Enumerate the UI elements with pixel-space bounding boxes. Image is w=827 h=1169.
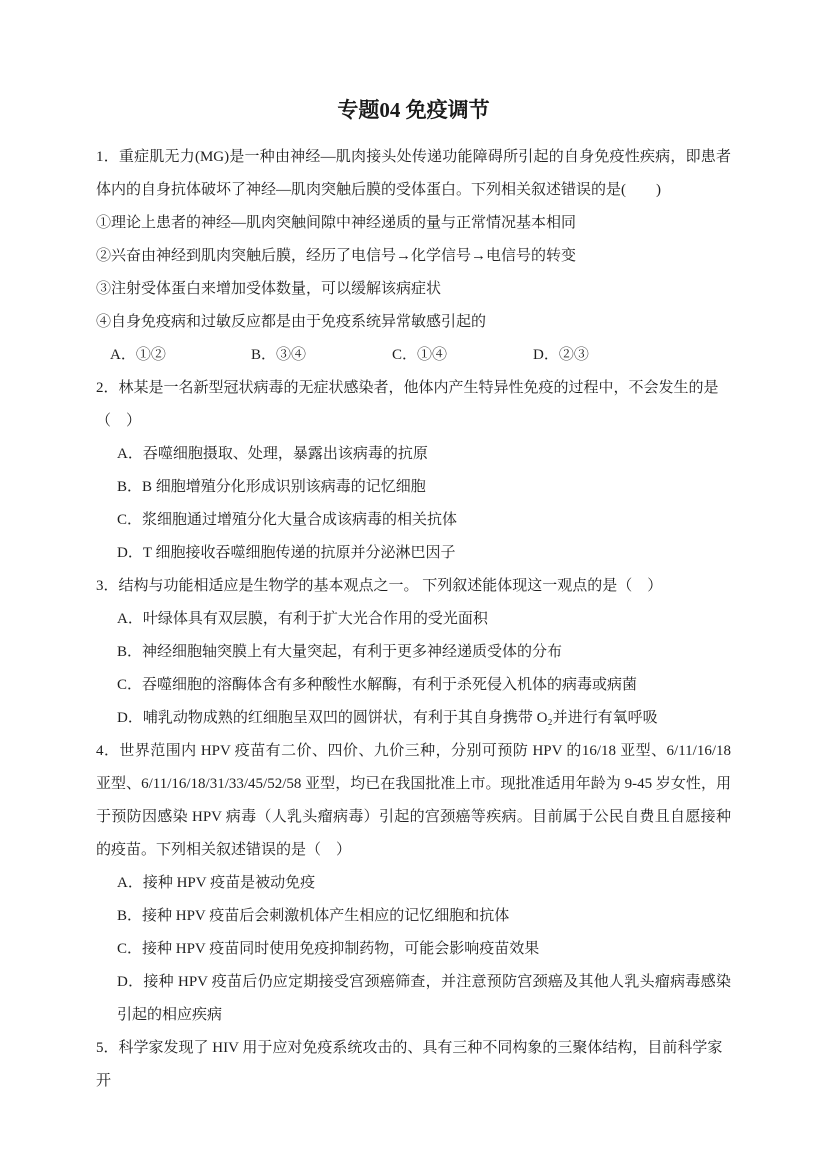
question-4: 4．世界范围内 HPV 疫苗有二价、四价、九价三种，分别可预防 HPV 的16/…	[96, 735, 731, 1032]
question-stem: 5．科学家发现了 HIV 用于应对免疫系统攻击的、具有三种不同构象的三聚体结构，…	[96, 1032, 731, 1098]
question-stem: 2．林某是一名新型冠状病毒的无症状感染者，他体内产生特异性免疫的过程中，不会发生…	[96, 372, 731, 405]
question-3: 3．结构与功能相适应是生物学的基本观点之一。 下列叙述能体现这一观点的是（ ） …	[96, 570, 731, 735]
option-line-c: C．吞噬细胞的溶酶体含有多种酸性水解酶，有利于杀死侵入机体的病毒或病菌	[96, 669, 731, 702]
option-line-a: A．接种 HPV 疫苗是被动免疫	[96, 867, 731, 900]
option-line-c: C．接种 HPV 疫苗同时使用免疫抑制药物，可能会影响疫苗效果	[96, 933, 731, 966]
option-line-d: D．哺乳动物成熟的红细胞呈双凹的圆饼状，有利于其自身携带 O₂并进行有氧呼吸	[96, 702, 731, 735]
statement-line-2: ②兴奋由神经到肌肉突触后膜，经历了电信号→化学信号→电信号的转变	[96, 240, 731, 273]
choice-a: A．①②	[110, 339, 251, 372]
option-line-b: B．神经细胞轴突膜上有大量突起，有利于更多神经递质受体的分布	[96, 636, 731, 669]
question-stem: 1．重症肌无力(MG)是一种由神经—肌肉接头处传递功能障碍所引起的自身免疫性疾病…	[96, 141, 731, 207]
choices-row: A．①② B．③④ C．①④ D．②③	[96, 339, 731, 372]
question-2: 2．林某是一名新型冠状病毒的无症状感染者，他体内产生特异性免疫的过程中，不会发生…	[96, 372, 731, 570]
question-stem: 3．结构与功能相适应是生物学的基本观点之一。 下列叙述能体现这一观点的是（ ）	[96, 570, 731, 603]
option-line-a: A．叶绿体具有双层膜，有利于扩大光合作用的受光面积	[96, 603, 731, 636]
question-1: 1．重症肌无力(MG)是一种由神经—肌肉接头处传递功能障碍所引起的自身免疫性疾病…	[96, 141, 731, 372]
statement-line-4: ④自身免疫病和过敏反应都是由于免疫系统异常敏感引起的	[96, 306, 731, 339]
page-title: 专题04 免疫调节	[96, 92, 731, 128]
answer-parentheses: （ ）	[96, 405, 731, 438]
choice-d: D．②③	[533, 339, 589, 372]
document-page: 专题04 免疫调节 1．重症肌无力(MG)是一种由神经—肌肉接头处传递功能障碍所…	[0, 0, 827, 1169]
option-line-d: D．T 细胞接收吞噬细胞传递的抗原并分泌淋巴因子	[96, 537, 731, 570]
question-5: 5．科学家发现了 HIV 用于应对免疫系统攻击的、具有三种不同构象的三聚体结构，…	[96, 1032, 731, 1098]
choice-c: C．①④	[392, 339, 533, 372]
option-line-b: B．接种 HPV 疫苗后会刺激机体产生相应的记忆细胞和抗体	[96, 900, 731, 933]
option-line-a: A．吞噬细胞摄取、处理，暴露出该病毒的抗原	[96, 438, 731, 471]
statement-line-3: ③注射受体蛋白来增加受体数量，可以缓解该病症状	[96, 273, 731, 306]
option-line-d: D．接种 HPV 疫苗后仍应定期接受宫颈癌筛查，并注意预防宫颈癌及其他人乳头瘤病…	[96, 966, 731, 1032]
option-line-c: C．浆细胞通过增殖分化大量合成该病毒的相关抗体	[96, 504, 731, 537]
option-line-b: B．B 细胞增殖分化形成识别该病毒的记忆细胞	[96, 471, 731, 504]
choice-b: B．③④	[251, 339, 392, 372]
question-stem: 4．世界范围内 HPV 疫苗有二价、四价、九价三种，分别可预防 HPV 的16/…	[96, 735, 731, 867]
statement-line-1: ①理论上患者的神经—肌肉突触间隙中神经递质的量与正常情况基本相同	[96, 207, 731, 240]
